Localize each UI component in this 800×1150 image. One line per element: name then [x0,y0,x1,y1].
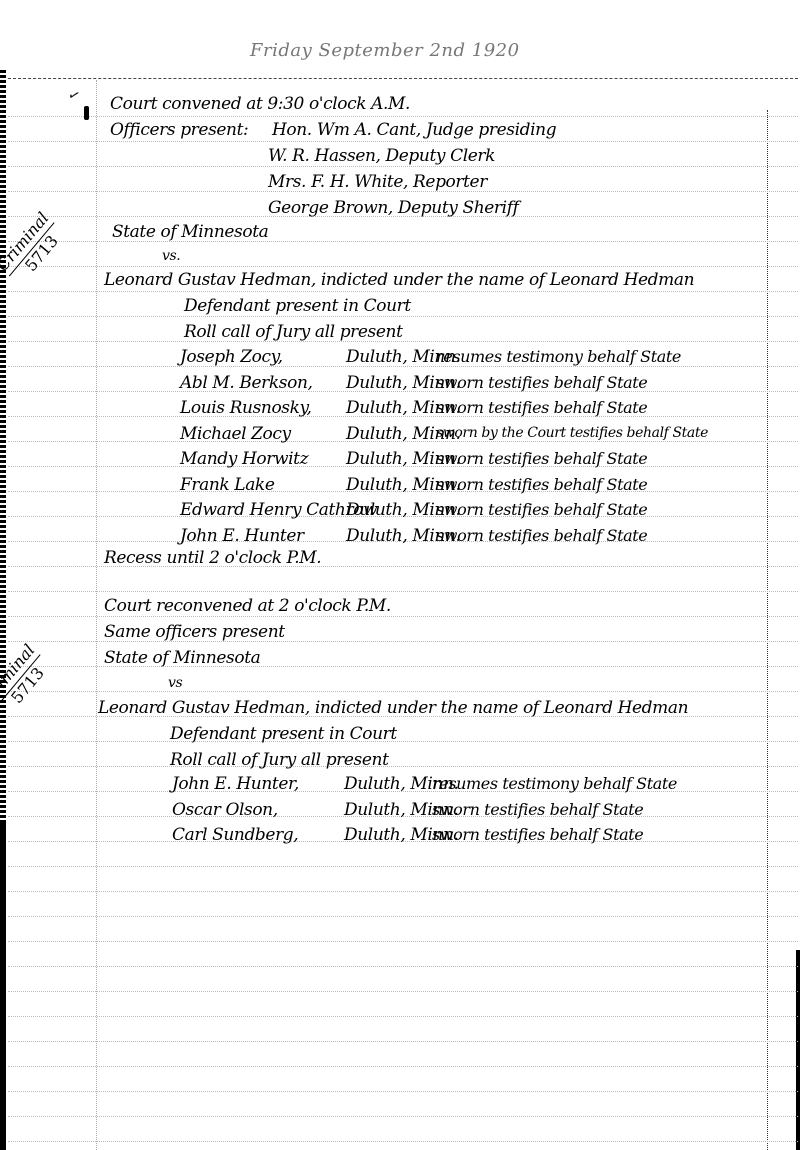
officer-reporter: Mrs. F. H. White, Reporter [268,174,487,191]
court-convened-line: Court convened at 9:30 o'clock A.M. [110,96,410,113]
witness-action: sworn testifies behalf State [436,528,647,544]
witness-action: resumes testimony behalf State [436,349,681,365]
ruled-line [8,166,798,167]
entry-defendant-present-2: Defendant present in Court [170,726,397,743]
ruled-line [8,1041,798,1042]
witness-action: sworn by the Court testifies behalf Stat… [436,426,708,440]
witness-name: Louis Rusnosky, [180,400,311,417]
ruled-line [8,941,798,942]
witness-action: resumes testimony behalf State [432,776,677,792]
ruled-line [8,591,798,592]
witness-name: John E. Hunter [180,528,304,545]
witness-action: sworn testifies behalf State [436,400,647,416]
ruled-line [8,616,798,617]
case-title-2: State of Minnesota [104,650,260,667]
witness-action: sworn testifies behalf State [436,502,647,518]
ruled-line [8,891,798,892]
witness-action: sworn testifies behalf State [436,451,647,467]
header-rule [8,78,798,79]
header-date: Friday September 2nd 1920 [250,40,520,61]
entry-defendant-present: Defendant present in Court [184,298,411,315]
witness-name: Carl Sundberg, [172,827,298,844]
ruled-line [8,866,798,867]
ledger-page: Friday September 2nd 1920 ✓ Court conven… [0,0,800,1150]
witness-name: Frank Lake [180,477,275,494]
same-officers-line: Same officers present [104,624,285,641]
witness-name: Abl M. Berkson, [180,375,313,392]
defendant-line: Leonard Gustav Hedman, indicted under th… [104,272,694,289]
ruled-line [8,916,798,917]
ruled-line [8,741,798,742]
ruled-line [8,1066,798,1067]
ruled-line [8,691,798,692]
ruled-line [8,1091,798,1092]
recess-line: Recess until 2 o'clock P.M. [104,550,321,567]
ruled-line [8,316,798,317]
entry-roll-call: Roll call of Jury all present [184,324,403,341]
case-title: State of Minnesota [112,224,268,241]
entry-roll-call-2: Roll call of Jury all present [170,752,389,769]
officer-sheriff: George Brown, Deputy Sheriff [268,200,518,217]
ruled-line [8,1116,798,1117]
ruled-line [8,966,798,967]
officer-judge: Hon. Wm A. Cant, Judge presiding [272,122,556,139]
witness-action: sworn testifies behalf State [436,477,647,493]
witness-name: Joseph Zocy, [180,349,283,366]
ruled-line [8,341,798,342]
witness-action: sworn testifies behalf State [436,375,647,391]
ruled-line [8,1016,798,1017]
ruled-line [8,266,798,267]
versus-2: vs [168,676,182,690]
defendant-line-2: Leonard Gustav Hedman, indicted under th… [98,700,688,717]
court-reconvened-line: Court reconvened at 2 o'clock P.M. [104,598,391,615]
page-left-binding [0,820,6,1150]
witness-name: Oscar Olson, [172,802,278,819]
officer-clerk: W. R. Hassen, Deputy Clerk [268,148,495,165]
ruled-line [8,766,798,767]
witness-name: Mandy Horwitz [180,451,308,468]
witness-action: sworn testifies behalf State [432,802,643,818]
ruled-line [8,141,798,142]
witness-action: sworn testifies behalf State [432,827,643,843]
ruled-line [8,1141,798,1142]
ruled-line [8,291,798,292]
witness-name: Michael Zocy [180,426,291,443]
ink-mark [84,106,89,120]
ruled-line [8,991,798,992]
officers-label: Officers present: [110,122,248,139]
ruled-line [8,116,798,117]
witness-name: John E. Hunter, [172,776,299,793]
versus: vs. [162,249,180,263]
